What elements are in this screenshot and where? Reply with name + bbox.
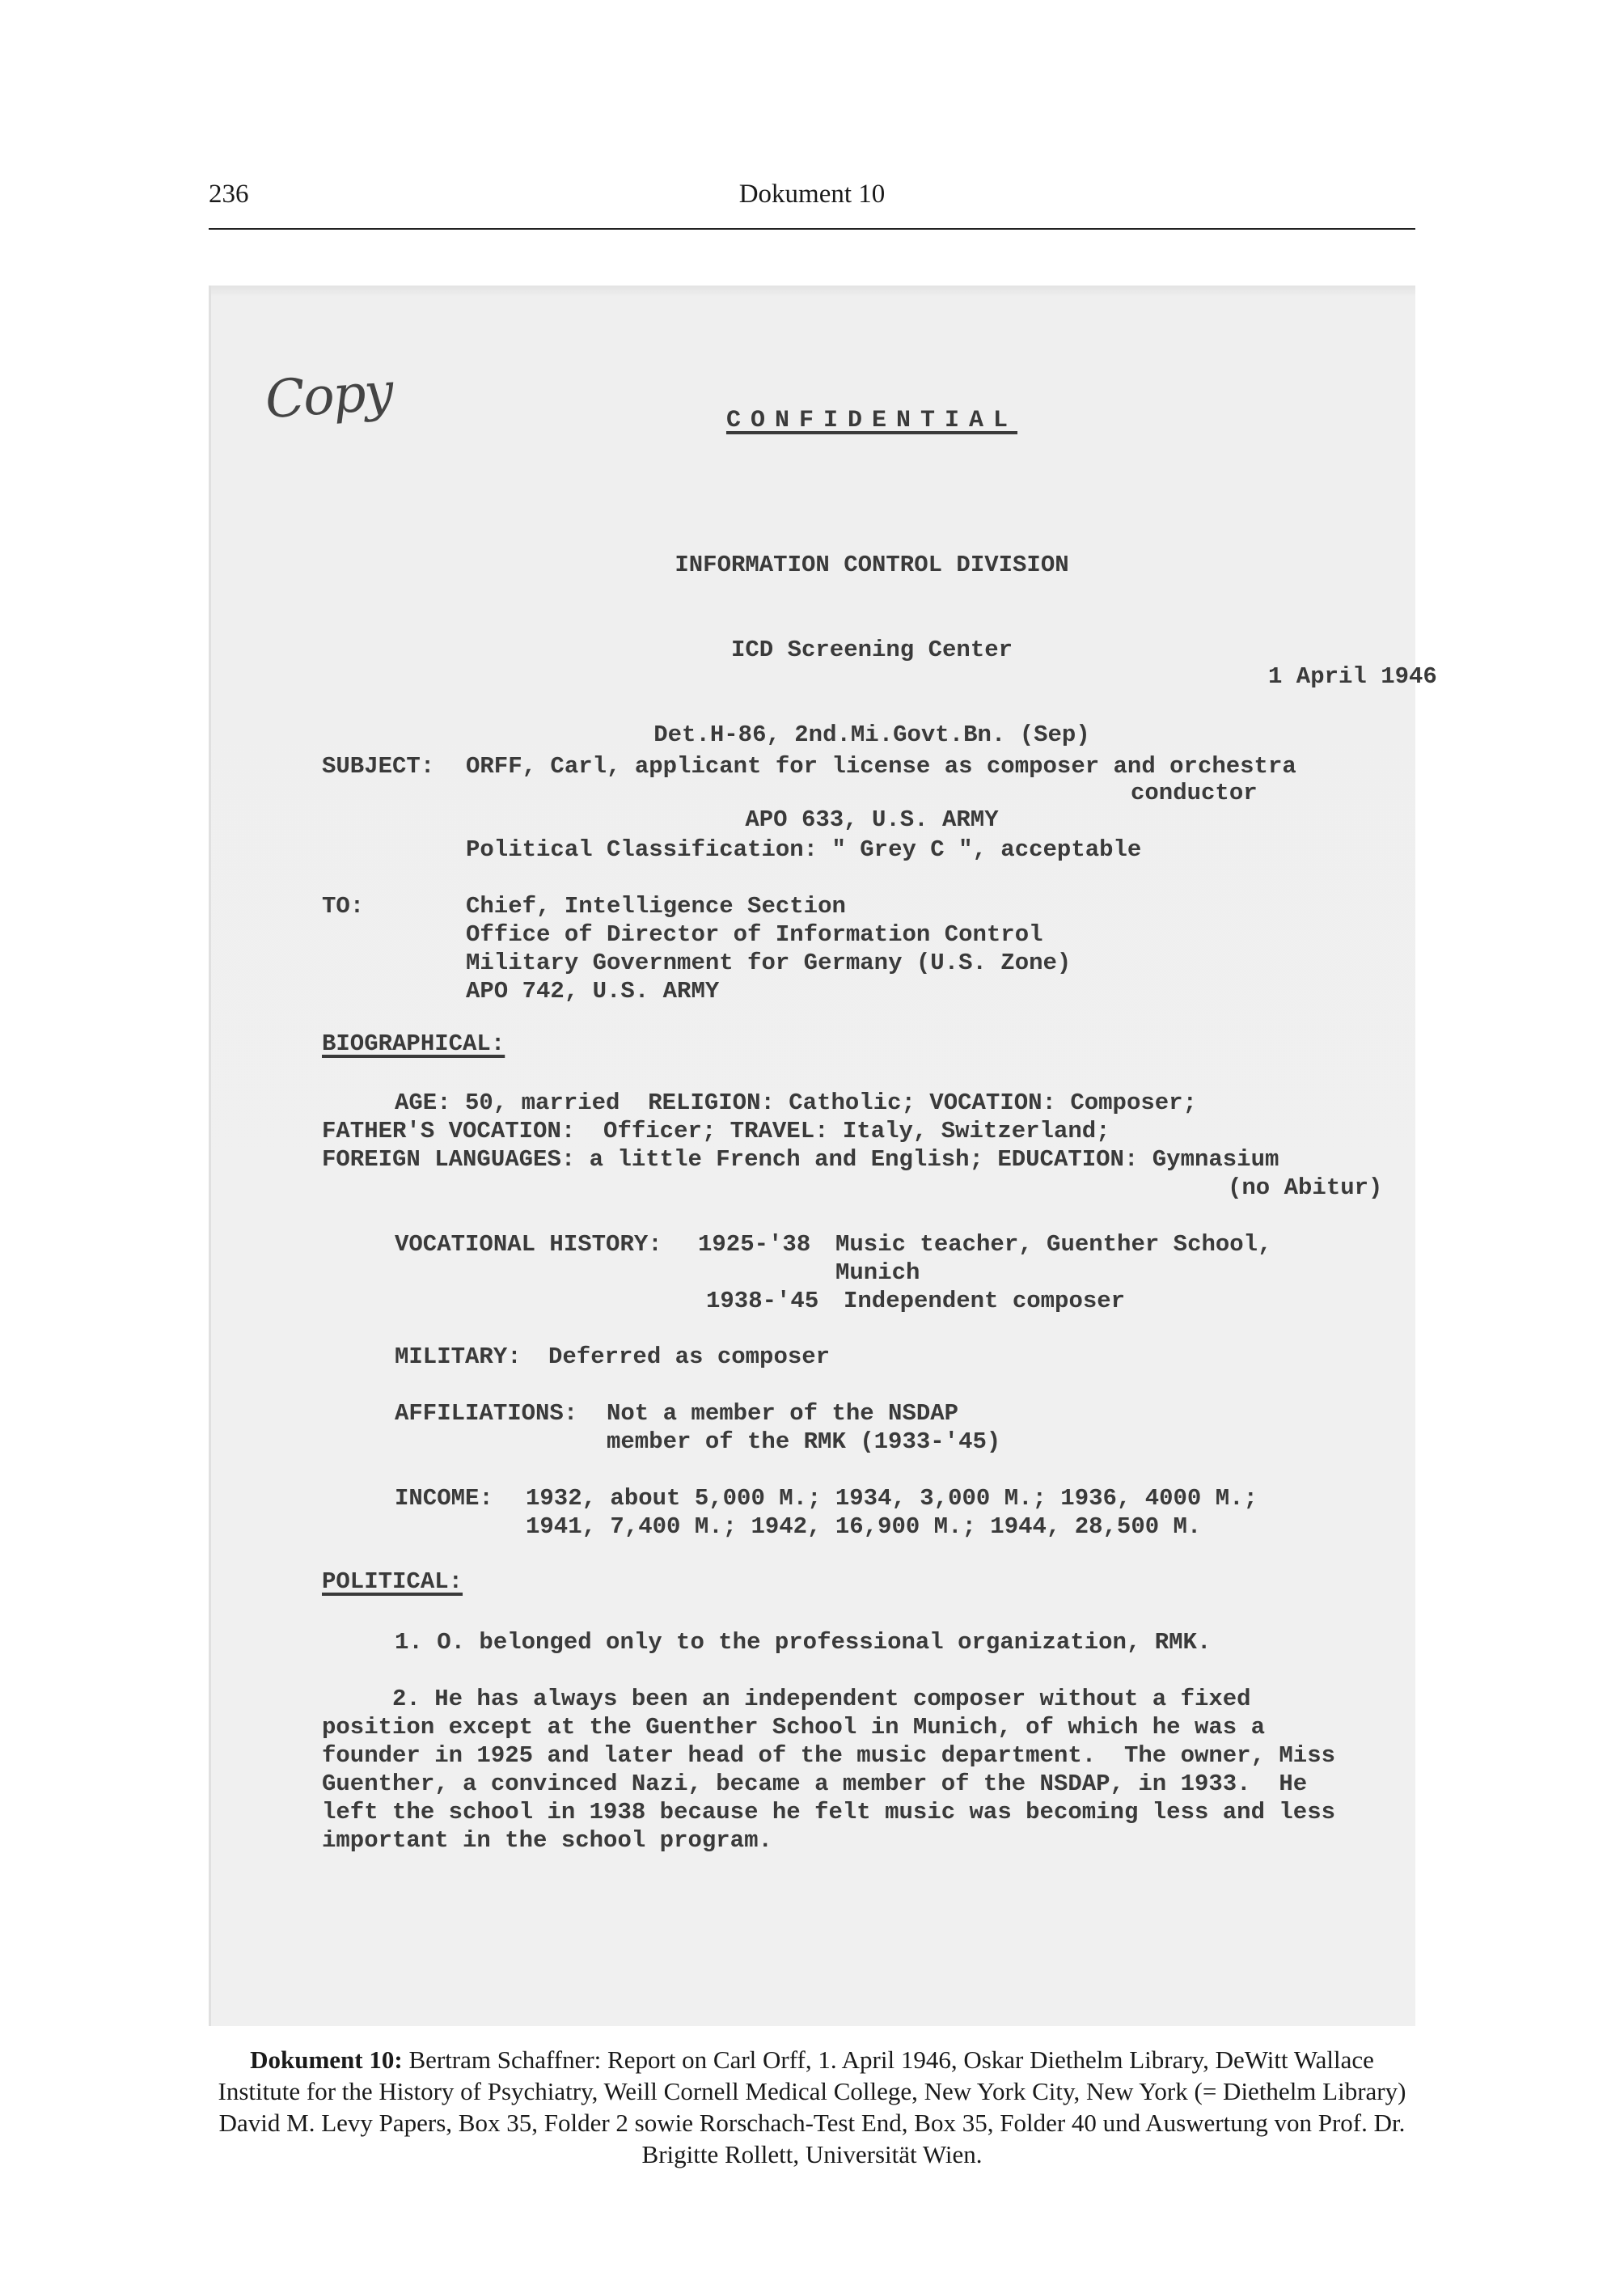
vocation-years: 1938-'45 bbox=[706, 1287, 818, 1315]
political-item-2-line: position except at the Guenther School i… bbox=[322, 1713, 1265, 1741]
running-title: Dokument 10 bbox=[209, 180, 1415, 209]
vocation-text: Music teacher, Guenther School, bbox=[835, 1230, 1272, 1259]
letterhead-line: INFORMATION CONTROL DIVISION bbox=[209, 551, 1535, 579]
classification-heading: CONFIDENTIAL bbox=[209, 407, 1535, 435]
political-heading: POLITICAL: bbox=[322, 1567, 463, 1596]
bio-line: FATHER'S VOCATION: Officer; TRAVEL: Ital… bbox=[322, 1117, 1110, 1145]
subject-line-2: conductor bbox=[1131, 779, 1258, 807]
letterhead-line: Det.H-86, 2nd.Mi.Govt.Bn. (Sep) bbox=[209, 721, 1535, 749]
military-label: MILITARY: bbox=[395, 1343, 522, 1371]
political-item-2-line: 2. He has always been an independent com… bbox=[322, 1685, 1251, 1713]
income-line: 1932, about 5,000 M.; 1934, 3,000 M.; 19… bbox=[526, 1484, 1258, 1512]
caption-label: Dokument 10: bbox=[250, 2046, 403, 2074]
vocation-years: 1925-'38 bbox=[698, 1230, 810, 1259]
subject-line-1: ORFF, Carl, applicant for license as com… bbox=[466, 752, 1296, 781]
header-rule bbox=[209, 228, 1415, 230]
letterhead-line: ICD Screening Center bbox=[209, 636, 1535, 664]
income-line: 1941, 7,400 M.; 1942, 16,900 M.; 1944, 2… bbox=[526, 1512, 1201, 1541]
political-item-2-line: founder in 1925 and later head of the mu… bbox=[322, 1741, 1335, 1770]
to-label: TO: bbox=[322, 892, 364, 920]
affiliation-line: member of the RMK (1933-'45) bbox=[607, 1428, 1000, 1456]
to-line: Military Government for Germany (U.S. Zo… bbox=[466, 949, 1071, 977]
biographical-heading: BIOGRAPHICAL: bbox=[322, 1030, 505, 1058]
political-item-2-line: important in the school program. bbox=[322, 1826, 772, 1855]
political-item-2-line: left the school in 1938 because he felt … bbox=[322, 1798, 1335, 1826]
income-label: INCOME: bbox=[395, 1484, 493, 1512]
letterhead: INFORMATION CONTROL DIVISION ICD Screeni… bbox=[209, 494, 1535, 891]
figure-caption: Dokument 10: Bertram Schaffner: Report o… bbox=[209, 2044, 1415, 2170]
scanned-document: Copy CONFIDENTIAL INFORMATION CONTROL DI… bbox=[209, 286, 1415, 2026]
affiliations-label: AFFILIATIONS: bbox=[395, 1399, 577, 1428]
bio-line: (no Abitur) bbox=[1228, 1174, 1382, 1202]
bio-line: AGE: 50, married RELIGION: Catholic; VOC… bbox=[395, 1089, 1197, 1117]
to-line: Chief, Intelligence Section bbox=[466, 892, 846, 920]
bio-line: FOREIGN LANGUAGES: a little French and E… bbox=[322, 1145, 1279, 1174]
vocation-text: Independent composer bbox=[844, 1287, 1125, 1315]
document-date: 1 April 1946 bbox=[1268, 662, 1437, 691]
letterhead-line: APO 633, U.S. ARMY bbox=[209, 806, 1535, 834]
subject-label: SUBJECT: bbox=[322, 752, 434, 781]
vocational-history-label: VOCATIONAL HISTORY: bbox=[395, 1230, 662, 1259]
to-line: Office of Director of Information Contro… bbox=[466, 920, 1043, 949]
to-line: APO 742, U.S. ARMY bbox=[466, 977, 719, 1005]
political-classification: Political Classification: " Grey C ", ac… bbox=[466, 836, 1141, 864]
running-header: 236 Dokument 10 bbox=[209, 180, 1415, 228]
vocation-text: Munich bbox=[835, 1259, 920, 1287]
affiliation-line: Not a member of the NSDAP bbox=[607, 1399, 958, 1428]
political-item-1: 1. O. belonged only to the professional … bbox=[395, 1628, 1211, 1656]
political-item-2-line: Guenther, a convinced Nazi, became a mem… bbox=[322, 1770, 1307, 1798]
military-text: Deferred as composer bbox=[548, 1343, 830, 1371]
